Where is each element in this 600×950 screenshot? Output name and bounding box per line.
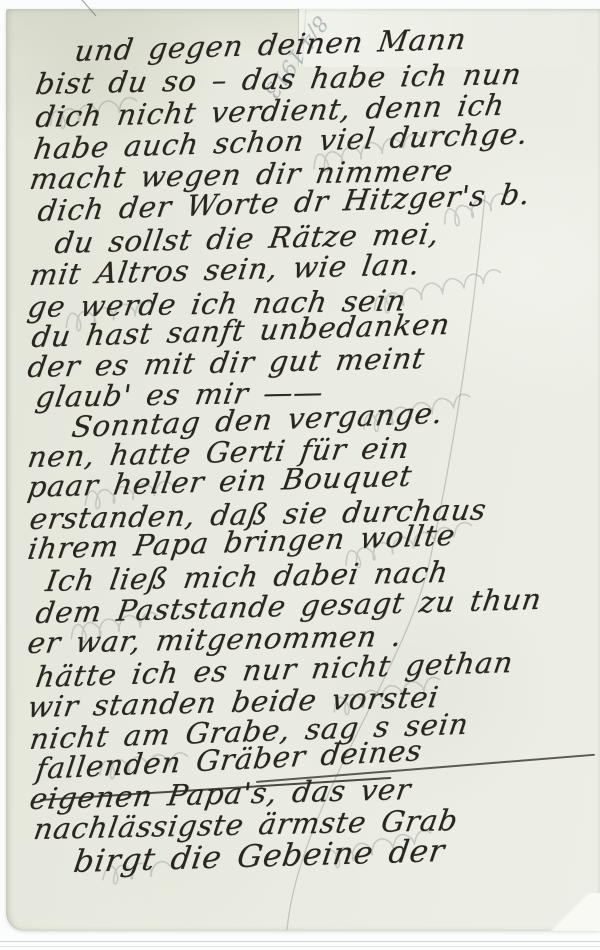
scanned-letter-page: { "document": { "pencil_note": "8/4 1913… [0,0,600,950]
paper-corner-tear [540,893,600,931]
scanner-edge-line [0,946,600,947]
scanner-edge-line [0,941,600,942]
